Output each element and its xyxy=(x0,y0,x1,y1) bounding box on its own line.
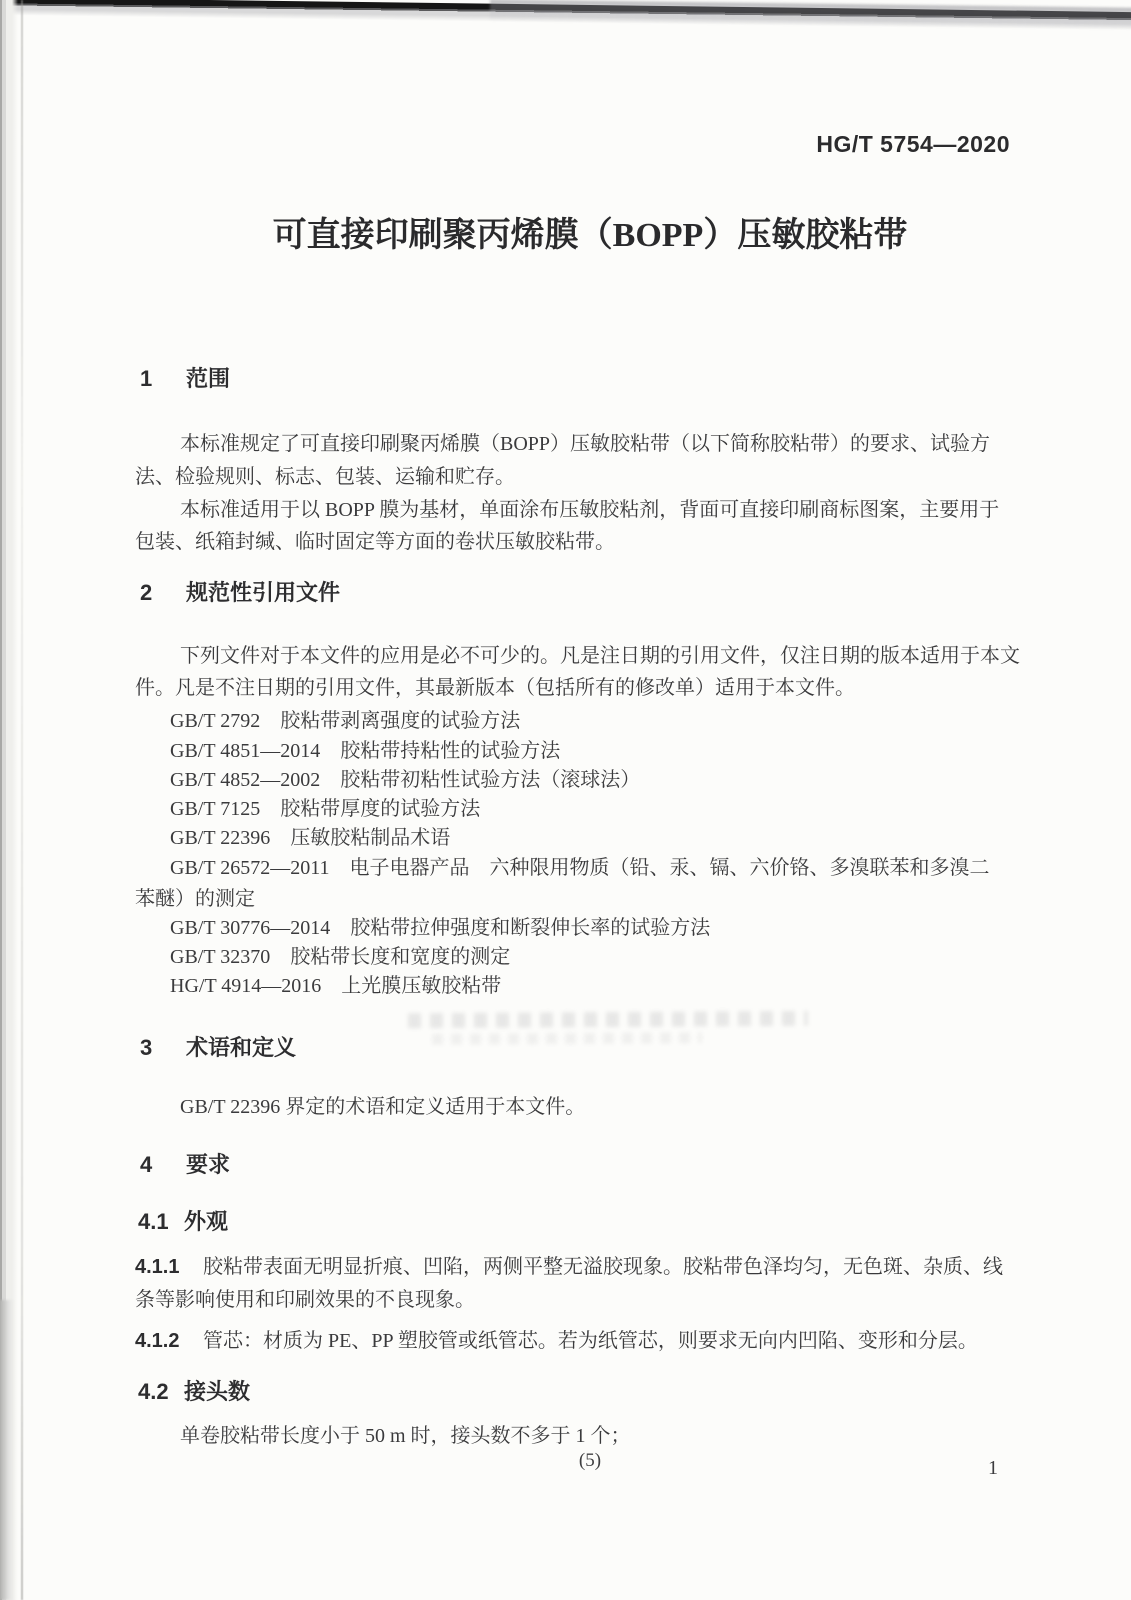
line-text: GB/T 22396 压敏胶粘制品术语 xyxy=(170,827,450,849)
reference-line: GB/T 4851—2014 胶粘带持粘性的试验方法 xyxy=(170,739,560,763)
line-text: HG/T 4914—2016 上光膜压敏胶粘带 xyxy=(170,975,501,997)
line-text: 规范性引用文件 xyxy=(186,580,340,605)
line-text: 管芯：材质为 PE、PP 塑胶管或纸管芯。若为纸管芯，则要求无向内凹陷、变形和分… xyxy=(203,1330,978,1352)
reference-line: HG/T 4914—2016 上光膜压敏胶粘带 xyxy=(170,974,501,998)
section-heading: 2规范性引用文件 xyxy=(140,580,340,606)
line-text: 单卷胶粘带长度小于 50 m 时，接头数不多于 1 个； xyxy=(180,1425,631,1447)
clause-number: 4.1.1 xyxy=(135,1255,203,1279)
section-number: 4 xyxy=(140,1152,186,1178)
line-text: 本标准适用于以 BOPP 膜为基材，单面涂布压敏胶粘剂，背面可直接印刷商标图案，… xyxy=(180,499,999,521)
line-text: 法、检验规则、标志、包装、运输和贮存。 xyxy=(135,466,515,488)
text-line: 件。凡是不注日期的引用文件，其最新版本（包括所有的修改单）适用于本文件。 xyxy=(135,676,855,700)
line-text: GB/T 32370 胶粘带长度和宽度的测定 xyxy=(170,946,510,968)
line-text: 胶粘带表面无明显折痕、凹陷，两侧平整无溢胶现象。胶粘带色泽均匀，无色斑、杂质、线 xyxy=(203,1256,1003,1278)
ink-bleed-through-artifact xyxy=(432,1032,702,1045)
ink-bleed-through-artifact xyxy=(408,1011,808,1028)
line-text: 下列文件对于本文件的应用是必不可少的。凡是注日期的引用文件，仅注日期的版本适用于… xyxy=(180,645,1020,667)
section-number: 4.2 xyxy=(138,1379,184,1405)
text-line: 本标准规定了可直接印刷聚丙烯膜（BOPP）压敏胶粘带（以下简称胶粘带）的要求、试… xyxy=(180,432,990,456)
clause-line: 4.1.1胶粘带表面无明显折痕、凹陷，两侧平整无溢胶现象。胶粘带色泽均匀，无色斑… xyxy=(135,1255,1003,1279)
text-line: 苯醚）的测定 xyxy=(135,887,255,911)
reference-line: GB/T 2792 胶粘带剥离强度的试验方法 xyxy=(170,709,520,733)
line-text: GB/T 4852—2002 胶粘带初粘性试验方法（滚球法） xyxy=(170,769,640,791)
line-text: 范围 xyxy=(186,366,230,391)
subsection-heading: 4.1外观 xyxy=(138,1209,228,1235)
text-line: 单卷胶粘带长度小于 50 m 时，接头数不多于 1 个； xyxy=(180,1424,631,1448)
reference-line: GB/T 7125 胶粘带厚度的试验方法 xyxy=(170,797,480,821)
line-text: 术语和定义 xyxy=(186,1035,296,1060)
text-line: 下列文件对于本文件的应用是必不可少的。凡是注日期的引用文件，仅注日期的版本适用于… xyxy=(180,644,1020,668)
reference-line: GB/T 30776—2014 胶粘带拉伸强度和断裂伸长率的试验方法 xyxy=(170,916,710,940)
section-heading: 1范围 xyxy=(140,366,230,392)
line-text: GB/T 26572—2011 电子电器产品 六种限用物质（铅、汞、镉、六价铬、… xyxy=(170,857,989,879)
line-text: GB/T 4851—2014 胶粘带持粘性的试验方法 xyxy=(170,740,560,762)
line-text: 接头数 xyxy=(184,1379,250,1404)
line-text: GB/T 30776—2014 胶粘带拉伸强度和断裂伸长率的试验方法 xyxy=(170,917,710,939)
line-text: 要求 xyxy=(186,1152,230,1177)
reference-line: GB/T 32370 胶粘带长度和宽度的测定 xyxy=(170,945,510,969)
reference-line: GB/T 4852—2002 胶粘带初粘性试验方法（滚球法） xyxy=(170,768,640,792)
section-number: 2 xyxy=(140,580,186,606)
clause-line: 4.1.2管芯：材质为 PE、PP 塑胶管或纸管芯。若为纸管芯，则要求无向内凹陷… xyxy=(135,1329,978,1353)
text-line: 包装、纸箱封缄、临时固定等方面的卷状压敏胶粘带。 xyxy=(135,530,615,554)
text-line: 条等影响使用和印刷效果的不良现象。 xyxy=(135,1288,475,1312)
text-line: 法、检验规则、标志、包装、运输和贮存。 xyxy=(135,465,515,489)
document-title: 可直接印刷聚丙烯膜（BOPP）压敏胶粘带 xyxy=(150,216,1030,257)
footer-sheet-label: (5) xyxy=(150,1450,1030,1472)
section-number: 4.1 xyxy=(138,1209,184,1235)
reference-line: GB/T 22396 压敏胶粘制品术语 xyxy=(170,826,450,850)
scan-spine-shadow xyxy=(0,1300,14,1600)
section-heading: 4要求 xyxy=(140,1152,230,1178)
standard-number: HG/T 5754—2020 xyxy=(816,131,1010,158)
clause-number: 4.1.2 xyxy=(135,1329,203,1353)
line-text: GB/T 2792 胶粘带剥离强度的试验方法 xyxy=(170,710,520,732)
line-text: GB/T 22396 界定的术语和定义适用于本文件。 xyxy=(180,1096,585,1118)
page-fold-line xyxy=(21,0,23,1600)
page-number: 1 xyxy=(988,1457,998,1480)
section-number: 3 xyxy=(140,1035,186,1061)
line-text: 条等影响使用和印刷效果的不良现象。 xyxy=(135,1289,475,1311)
subsection-heading: 4.2接头数 xyxy=(138,1379,250,1405)
text-line: GB/T 22396 界定的术语和定义适用于本文件。 xyxy=(180,1095,585,1119)
line-text: 件。凡是不注日期的引用文件，其最新版本（包括所有的修改单）适用于本文件。 xyxy=(135,677,855,699)
line-text: 包装、纸箱封缄、临时固定等方面的卷状压敏胶粘带。 xyxy=(135,531,615,553)
reference-line: GB/T 26572—2011 电子电器产品 六种限用物质（铅、汞、镉、六价铬、… xyxy=(170,856,989,880)
scanned-document-page: HG/T 5754—2020 可直接印刷聚丙烯膜（BOPP）压敏胶粘带 1范围本… xyxy=(0,0,1131,1600)
line-text: 本标准规定了可直接印刷聚丙烯膜（BOPP）压敏胶粘带（以下简称胶粘带）的要求、试… xyxy=(180,433,990,455)
text-line: 本标准适用于以 BOPP 膜为基材，单面涂布压敏胶粘剂，背面可直接印刷商标图案，… xyxy=(180,498,999,522)
section-number: 1 xyxy=(140,366,186,392)
line-text: GB/T 7125 胶粘带厚度的试验方法 xyxy=(170,798,480,820)
section-heading: 3术语和定义 xyxy=(140,1035,296,1061)
line-text: 苯醚）的测定 xyxy=(135,888,255,910)
line-text: 外观 xyxy=(184,1209,228,1234)
